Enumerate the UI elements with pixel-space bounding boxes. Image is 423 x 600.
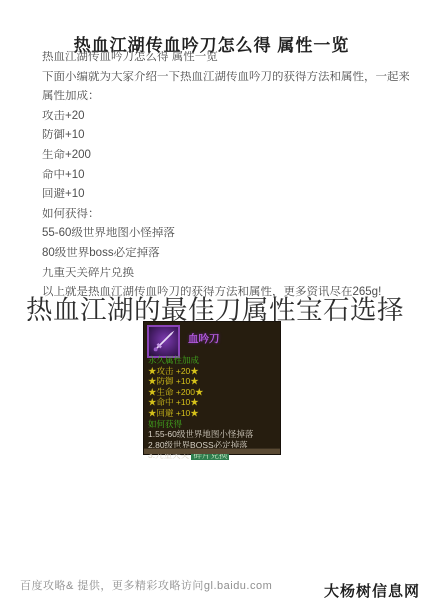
game-item-tooltip-panel: 血吟刀 永久属性加成 ★攻击 +20★ ★防御 +10★ ★生命 +200★ ★… [143, 321, 281, 455]
item-name: 血吟刀 [188, 331, 220, 346]
paragraph: 防御+10 [42, 129, 409, 141]
paragraph: 命中+10 [42, 169, 409, 181]
paragraph: 下面小编就为大家介绍一下热血江湖传血吟刀的获得方法和属性，一起来看看吧! [42, 71, 409, 83]
paragraph: 回避+10 [42, 188, 409, 200]
overlay-headline: 热血江湖的最佳刀属性宝石选择 [26, 288, 423, 327]
footer-site-name: 大杨树信息网 [324, 580, 420, 600]
article-body: 热血江湖传血吟刀怎么得 属性一览 下面小编就为大家介绍一下热血江湖传血吟刀的获得… [42, 51, 409, 306]
footer-source-text: 百度攻略& 提供，更多精彩攻略访问gl.baidu.com [20, 577, 272, 593]
perm-bonus-title: 永久属性加成 [148, 355, 278, 366]
sword-item-icon [147, 325, 180, 358]
paragraph: 热血江湖传血吟刀怎么得 属性一览 [42, 51, 409, 63]
obtain-title: 如何获得 [148, 419, 278, 430]
panel-bottom-bar [144, 448, 280, 454]
paragraph: 属性加成： [42, 90, 409, 102]
page: { "header": { "title": "热血江湖传血吟刀怎么得 属性一览… [0, 0, 423, 600]
stat-line: ★生命 +200★ [148, 387, 278, 398]
stat-line: ★攻击 +20★ [148, 366, 278, 377]
obtain-item: 1.55-60级世界地图小怪掉落 [148, 429, 278, 440]
stat-line: ★回避 +10★ [148, 408, 278, 419]
paragraph: 九重天关碎片兑换 [42, 267, 409, 279]
paragraph: 攻击+20 [42, 110, 409, 122]
paragraph: 如何获得： [42, 208, 409, 220]
paragraph: 生命+200 [42, 149, 409, 161]
stat-line: ★命中 +10★ [148, 397, 278, 408]
tooltip-text-block: 永久属性加成 ★攻击 +20★ ★防御 +10★ ★生命 +200★ ★命中 +… [148, 355, 278, 461]
paragraph: 55-60级世界地图小怪掉落 [42, 227, 409, 239]
stat-line: ★防御 +10★ [148, 376, 278, 387]
paragraph: 80级世界boss必定掉落 [42, 247, 409, 259]
